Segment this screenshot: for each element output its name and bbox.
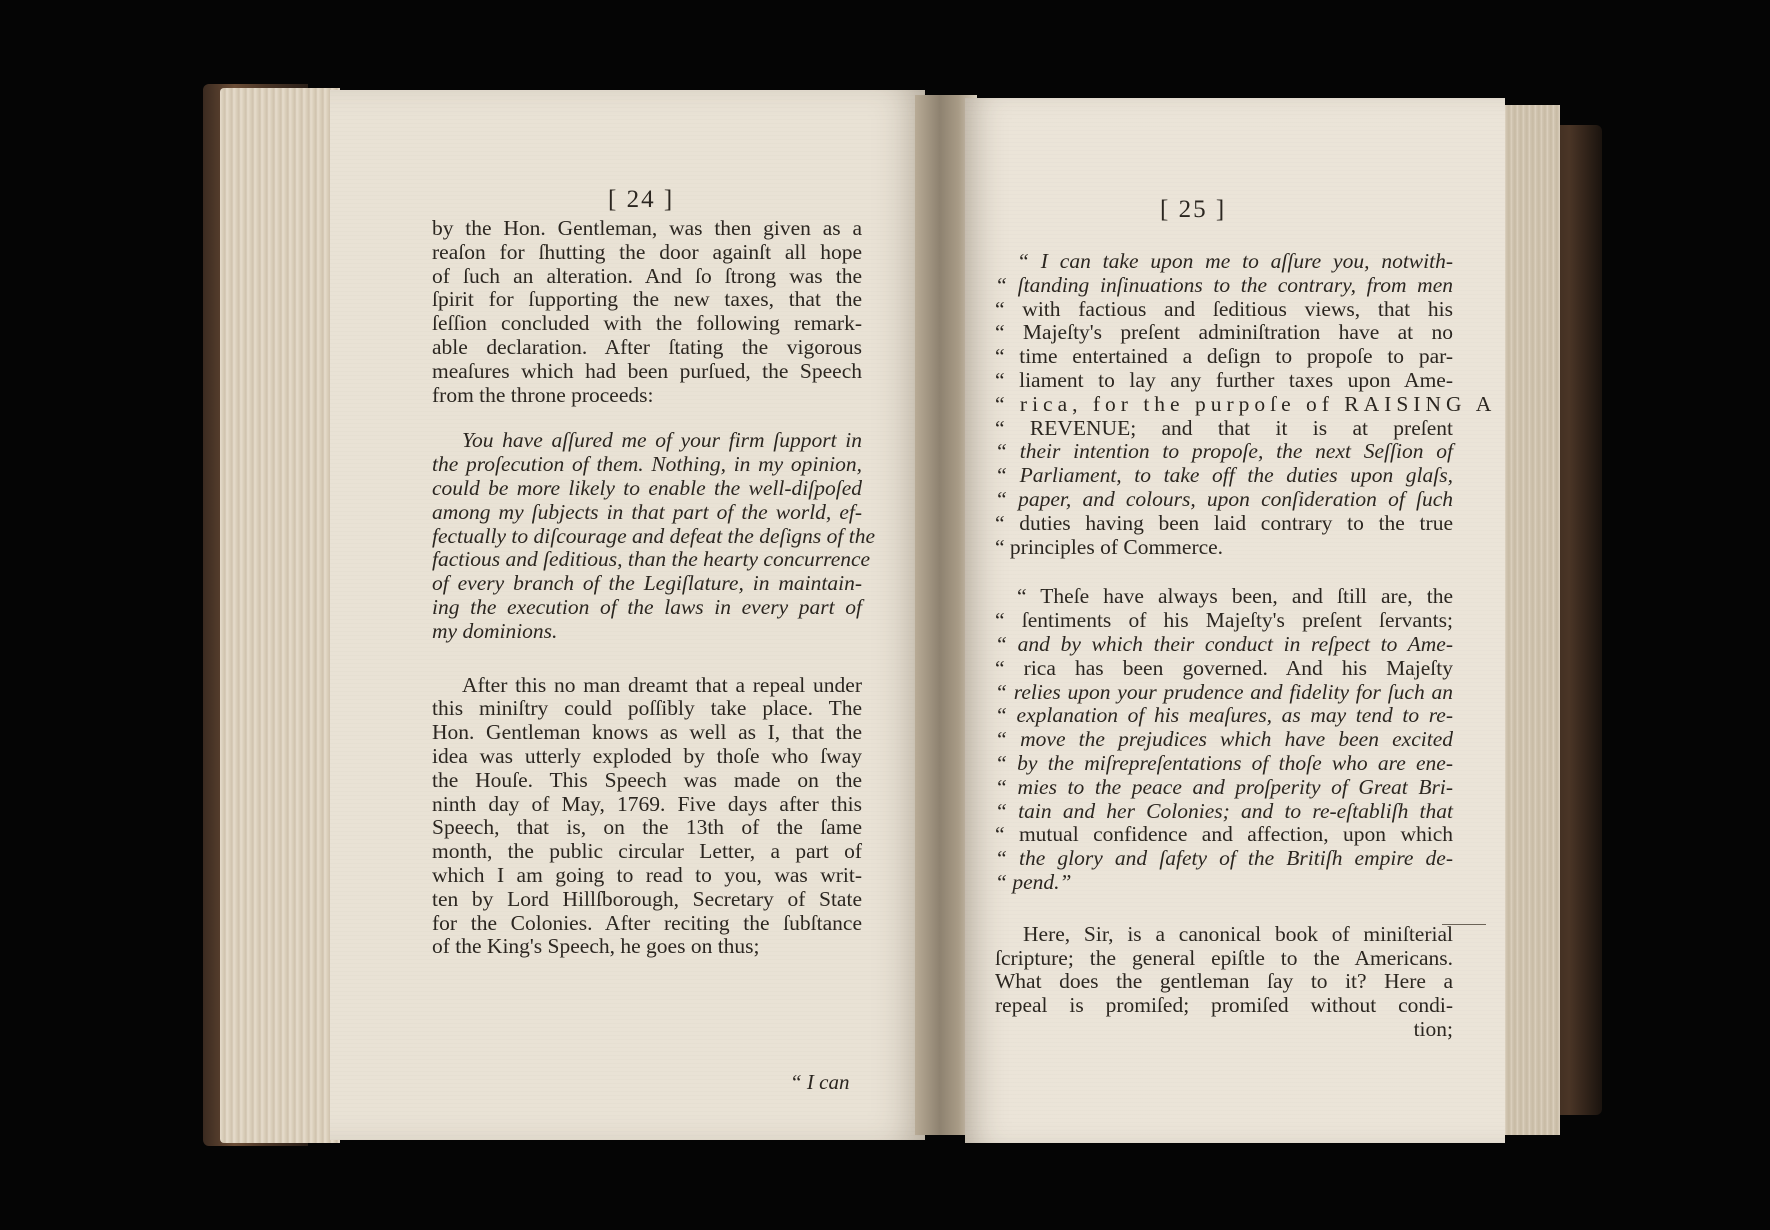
text-line: idea was utterly exploded by thoſe who ſ… [432, 745, 862, 769]
text-line: from the throne proceeds: [432, 384, 862, 408]
quote-line: “ ſentiments of his Majeſty's preſent ſe… [995, 609, 1453, 633]
open-book: [ 24 ] by the Hon. Gentleman, was then g… [0, 0, 1770, 1230]
text-line: which I am going to read to you, was wri… [432, 864, 862, 888]
quote-line: among my ſubjects in that part of the wo… [432, 501, 862, 525]
quote-line: “ paper, and colours, upon conſideration… [995, 488, 1453, 512]
quote-line: the proſecution of them. Nothing, in my … [432, 453, 862, 477]
text-line: ten by Lord Hillſborough, Secretary of S… [432, 888, 862, 912]
quote-line: “ rica has been governed. And his Majeſt… [995, 657, 1453, 681]
quote-line: “ duties having been laid contrary to th… [995, 512, 1453, 536]
text-line: this miniſtry could poſſibly take place.… [432, 697, 862, 721]
left-page: [ 24 ] by the Hon. Gentleman, was then g… [330, 90, 925, 1140]
text-line: Hon. Gentleman knows as well as I, that … [432, 721, 862, 745]
quote-line: ing the execution of the laws in every p… [432, 596, 862, 620]
quote-line: “ relies upon your prudence and fidelity… [995, 681, 1453, 705]
text-line: for the Colonies. After reciting the ſub… [432, 912, 862, 936]
quote-line: my dominions. [432, 620, 862, 644]
quote-line: factious and ſeditious, than the hearty … [432, 548, 862, 572]
quote-line: “ Parliament, to take off the duties upo… [995, 464, 1453, 488]
quote-line: “ mutual confidence and affection, upon … [995, 823, 1453, 847]
quote-line: “ with factious and ſeditious views, tha… [995, 298, 1453, 322]
text-line: What does the gentleman ſay to it? Here … [995, 970, 1453, 994]
text-line: ninth day of May, 1769. Five days after … [432, 793, 862, 817]
text-line: reaſon for ſhutting the door againſt all… [432, 241, 862, 265]
quote-line: “ explanation of his meaſures, as may te… [995, 704, 1453, 728]
quote-line: fectually to diſcourage and defeat the d… [432, 525, 862, 549]
text-line: After this no man dreamt that a repeal u… [432, 674, 862, 698]
quote-line: “ liament to lay any further taxes upon … [995, 369, 1453, 393]
quote-line: could be more likely to enable the well-… [432, 477, 862, 501]
page-edges-right [1500, 105, 1560, 1135]
quote-line: “ I can take upon me to aſſure you, notw… [995, 250, 1453, 274]
quote-line: “ rica, for the purpoſe of RAISING A [995, 393, 1453, 417]
right-page-body: “ I can take upon me to aſſure you, notw… [995, 250, 1453, 1042]
quote-line: “ ſtanding inſinuations to the contrary,… [995, 274, 1453, 298]
text-line: tion; [995, 1018, 1453, 1042]
page-edges-left [220, 88, 340, 1143]
text-line: Speech, that is, on the 13th of the ſame [432, 816, 862, 840]
text-line: of the King's Speech, he goes on thus; [432, 935, 862, 959]
page-number: [ 25 ] [1160, 196, 1226, 224]
right-page: [ 25 ] “ I can take upon me to aſſure yo… [965, 98, 1505, 1143]
quote-line: “ time entertained a deſign to propoſe t… [995, 345, 1453, 369]
text-line: able declaration. After ſtating the vigo… [432, 336, 862, 360]
text-line: repeal is promiſed; promiſed without con… [995, 994, 1453, 1018]
quote-line: “ REVENUE; and that it is at preſent [995, 417, 1453, 441]
quote-line: “ move the prejudices which have been ex… [995, 728, 1453, 752]
text-line: month, the public circular Letter, a par… [432, 840, 862, 864]
text-line: ſpirit for ſupporting the new taxes, tha… [432, 288, 862, 312]
text-line: meaſures which had been purſued, the Spe… [432, 360, 862, 384]
quote-line: “ pend.” [995, 871, 1453, 895]
quote-line: “ and by which their conduct in reſpect … [995, 633, 1453, 657]
quote-line: “ Majeſty's preſent adminiſtration have … [995, 321, 1453, 345]
text-line: by the Hon. Gentleman, was then given as… [432, 217, 862, 241]
quote-line: “ principles of Commerce. [995, 536, 1453, 560]
text-line: of ſuch an alteration. And ſo ſtrong was… [432, 265, 862, 289]
quote-line: You have aſſured me of your firm ſupport… [432, 429, 862, 453]
quote-line: “ mies to the peace and proſperity of Gr… [995, 776, 1453, 800]
quote-line: “ by the miſrepreſentations of thoſe who… [995, 752, 1453, 776]
quote-line: “ the glory and ſafety of the Britiſh em… [995, 847, 1453, 871]
page-marker-line [1442, 924, 1486, 925]
text-line: ſeſſion concluded with the following rem… [432, 312, 862, 336]
catchword: “ I can [790, 1070, 850, 1095]
left-page-body: by the Hon. Gentleman, was then given as… [432, 217, 862, 959]
quote-line: of every branch of the Legiſlature, in m… [432, 572, 862, 596]
quote-line: “ their intention to propoſe, the next S… [995, 440, 1453, 464]
quote-line: “ Theſe have always been, and ſtill are,… [995, 585, 1453, 609]
text-line: ſcripture; the general epiſtle to the Am… [995, 947, 1453, 971]
quote-line: “ tain and her Colonies; and to re-eſtab… [995, 800, 1453, 824]
text-line: the Houſe. This Speech was made on the [432, 769, 862, 793]
page-number: [ 24 ] [608, 186, 674, 214]
text-line: Here, Sir, is a canonical book of miniſt… [995, 923, 1453, 947]
